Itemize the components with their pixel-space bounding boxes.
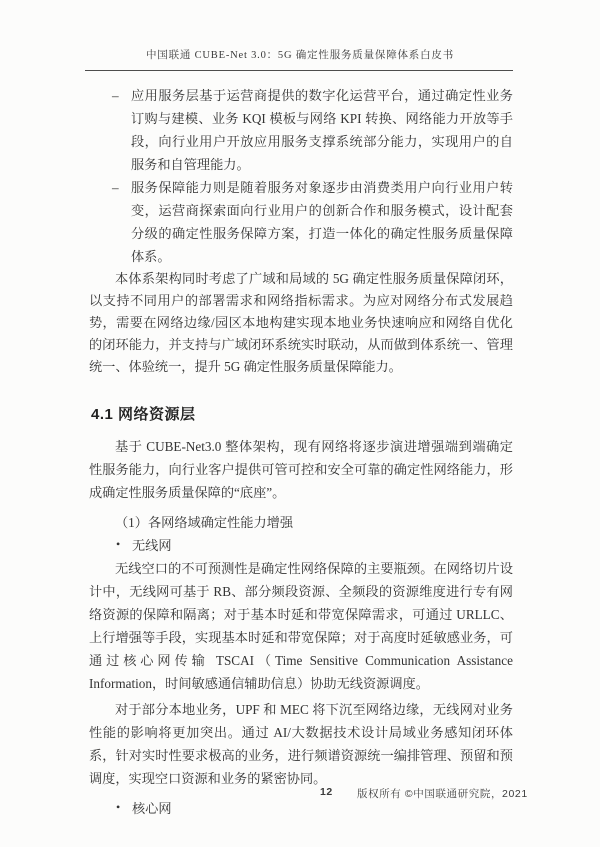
paragraph-wireless-local: 对于部分本地业务，UPF 和 MEC 将下沉至网络边缘，无线网对业务性能的影响将…: [89, 698, 513, 790]
dash-bullet-marker: –: [112, 176, 126, 199]
page-header-title: 中国联通 CUBE-Net 3.0：5G 确定性服务质量保障体系白皮书: [0, 47, 600, 62]
copyright-notice: 版权所有 ©中国联通研究院，2021: [357, 786, 528, 801]
list-item-text: 服务保障能力则是随着服务对象逐步由消费类用户向行业用户转变，运营商探索面向行业用…: [131, 180, 513, 264]
numbered-label: （1）各网络域确定性能力增强: [89, 511, 513, 534]
list-item-text: 无线网: [132, 538, 172, 553]
header-divider: [85, 70, 513, 71]
dash-bullet-marker: –: [112, 84, 126, 107]
paragraph-overview: 本体系架构同时考虑了广域和局域的 5G 确定性服务质量保障闭环，以支持不同用户的…: [89, 268, 513, 378]
page-number: 12: [320, 786, 333, 798]
list-item-text: 核心网: [132, 801, 172, 816]
section-heading: 4.1 网络资源层: [91, 404, 513, 426]
list-item: – 应用服务层基于运营商提供的数字化运营平台，通过确定性业务订购与建模、业务 K…: [89, 84, 513, 176]
paragraph-wireless-bottleneck: 无线空口的不可预测性是确定性网络保障的主要瓶颈。在网络切片设计中，无线网可基于 …: [89, 557, 513, 695]
list-item: – 服务保障能力则是随着服务对象逐步由消费类用户向行业用户转变，运营商探索面向行…: [89, 176, 513, 268]
list-item-wireless: • 无线网: [89, 534, 513, 557]
page-body: – 应用服务层基于运营商提供的数字化运营平台，通过确定性业务订购与建模、业务 K…: [89, 84, 513, 820]
paragraph-foundation: 基于 CUBE-Net3.0 整体架构，现有网络将逐步演进增强端到端确定性服务能…: [89, 435, 513, 504]
page-footer: 12 版权所有 ©中国联通研究院，2021: [0, 786, 600, 802]
dot-bullet-marker: •: [116, 533, 120, 556]
list-item-text: 应用服务层基于运营商提供的数字化运营平台，通过确定性业务订购与建模、业务 KQI…: [131, 88, 513, 172]
document-page: 中国联通 CUBE-Net 3.0：5G 确定性服务质量保障体系白皮书 – 应用…: [0, 0, 600, 847]
